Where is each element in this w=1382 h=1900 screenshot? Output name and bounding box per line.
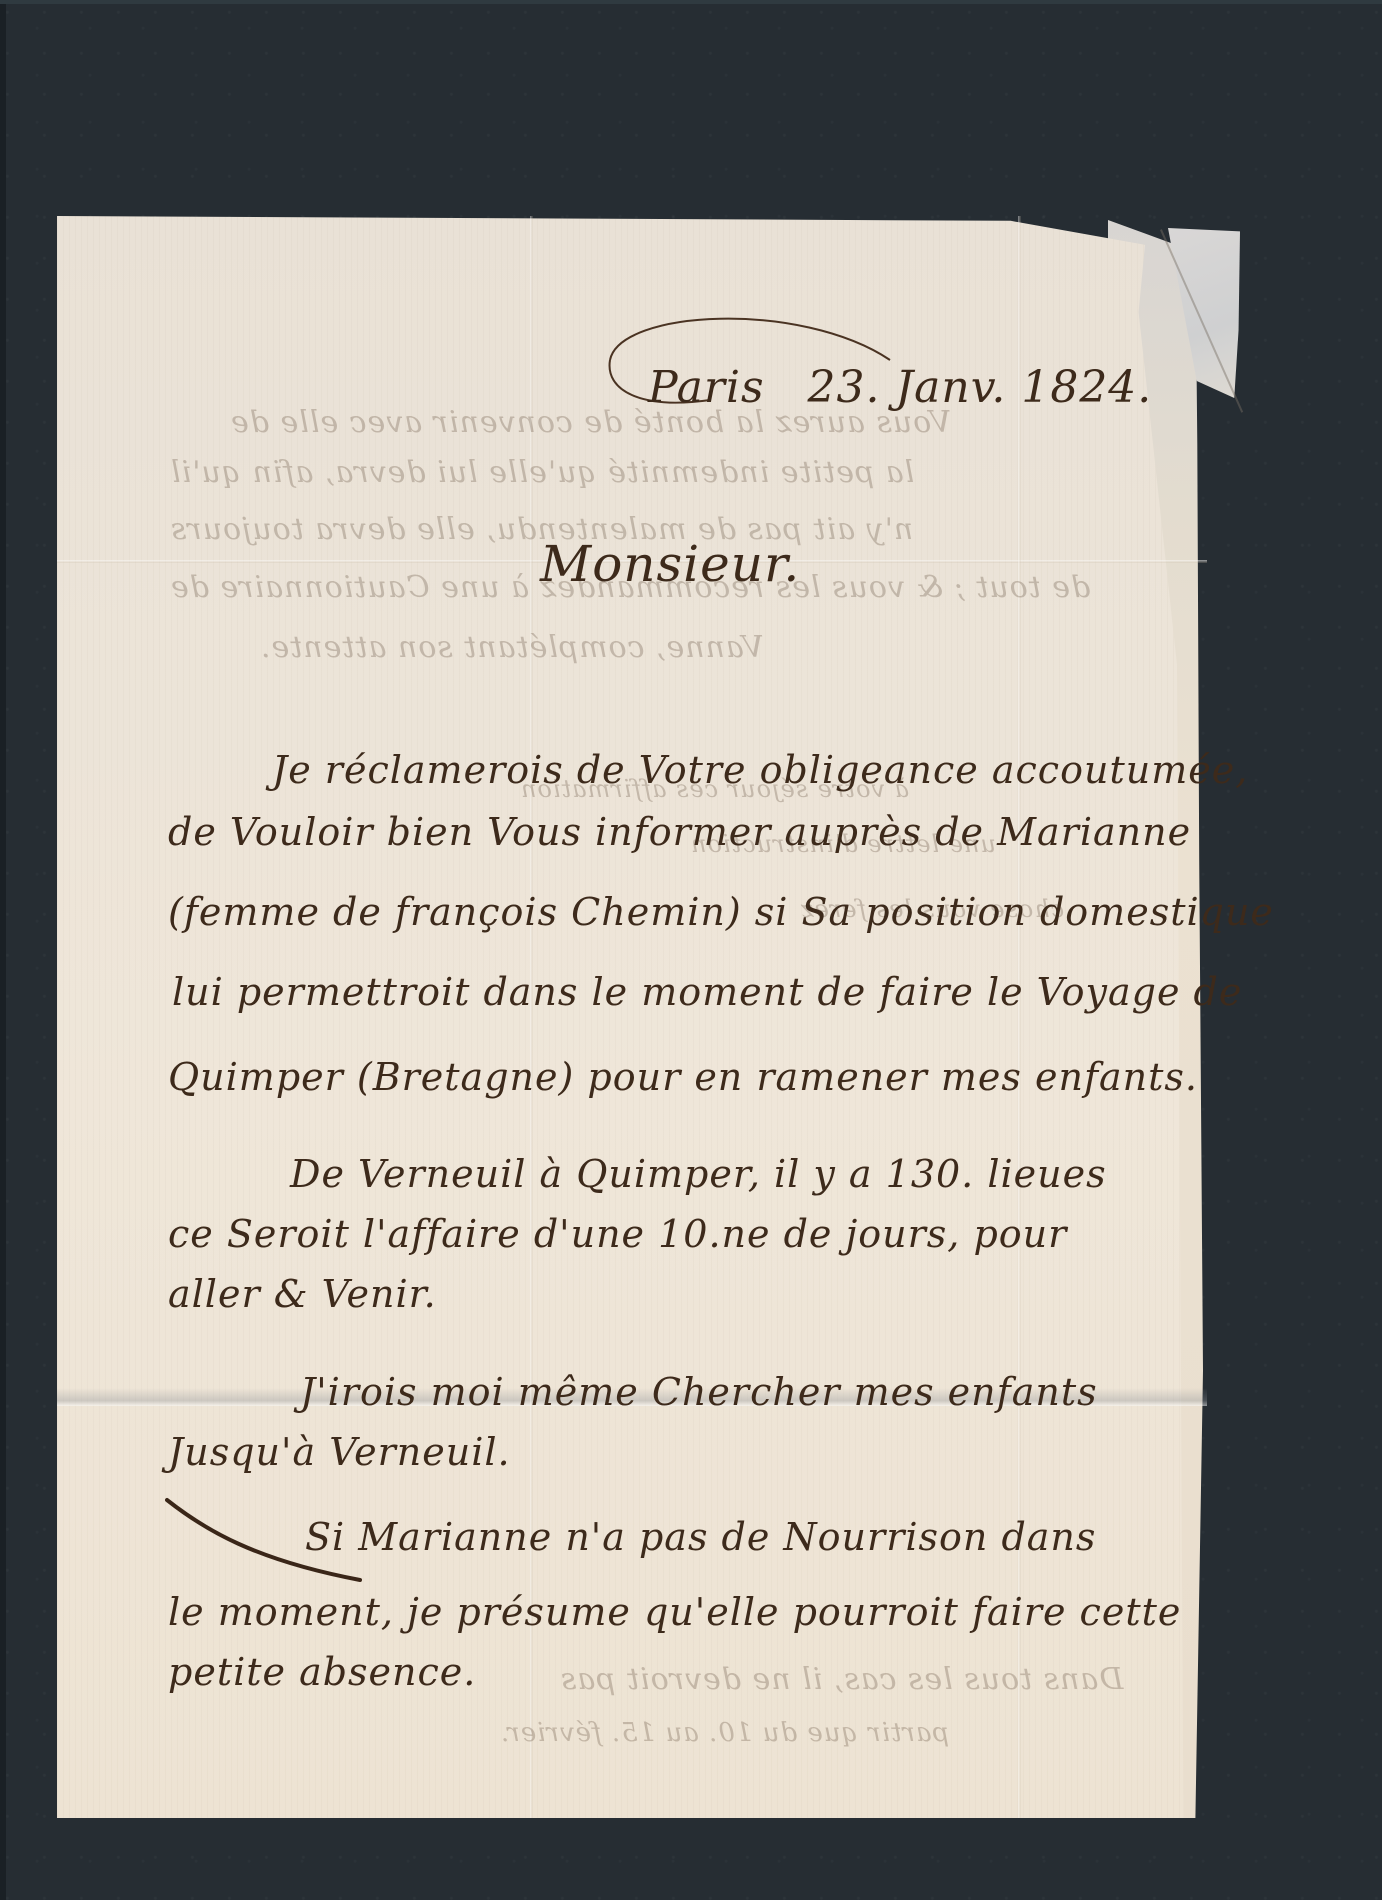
- salutation: Monsieur.: [540, 535, 800, 593]
- body-line: Si Marianne n'a pas de Nourrison dans: [305, 1515, 1096, 1559]
- body-line: de Vouloir bien Vous informer auprès de …: [168, 810, 1191, 854]
- body-line: Quimper (Bretagne) pour en ramener mes e…: [168, 1055, 1198, 1099]
- body-line: le moment, je présume qu'elle pourroit f…: [168, 1590, 1181, 1634]
- pen-stroke-mark: [165, 1490, 365, 1590]
- bleedthrough-line: partir que du 10. au 15. février.: [500, 1718, 949, 1748]
- dateline-date: 23. Janv. 1824.: [808, 362, 1153, 413]
- backdrop-edge: [0, 0, 1382, 4]
- bleedthrough-line: Vanne, complétant son attente.: [260, 630, 764, 665]
- dateline: Paris 23. Janv. 1824.: [648, 362, 1152, 413]
- body-line: aller & Venir.: [168, 1272, 437, 1316]
- body-line: J'irois moi même Chercher mes enfants: [300, 1370, 1098, 1414]
- body-line: Je réclamerois de Votre obligeance accou…: [272, 748, 1248, 792]
- body-line: lui permettroit dans le moment de faire …: [172, 970, 1242, 1014]
- body-line: petite absence.: [168, 1650, 476, 1694]
- body-line: Jusqu'à Verneuil.: [168, 1430, 511, 1474]
- body-line: (femme de françois Chemin) si Sa positio…: [168, 890, 1274, 934]
- fold-line: [1018, 216, 1021, 1818]
- body-line: ce Seroit l'affaire d'une 10.ne de jours…: [168, 1212, 1067, 1256]
- bleedthrough-line: la petite indemnité qu'elle lui devra, a…: [170, 455, 914, 490]
- bleedthrough-line: Dans tous les cas, il ne devroit pas: [560, 1662, 1123, 1697]
- backdrop-edge: [0, 0, 6, 1900]
- dateline-place: Paris: [648, 362, 765, 413]
- body-line: De Verneuil à Quimper, il y a 130. lieue…: [290, 1152, 1107, 1196]
